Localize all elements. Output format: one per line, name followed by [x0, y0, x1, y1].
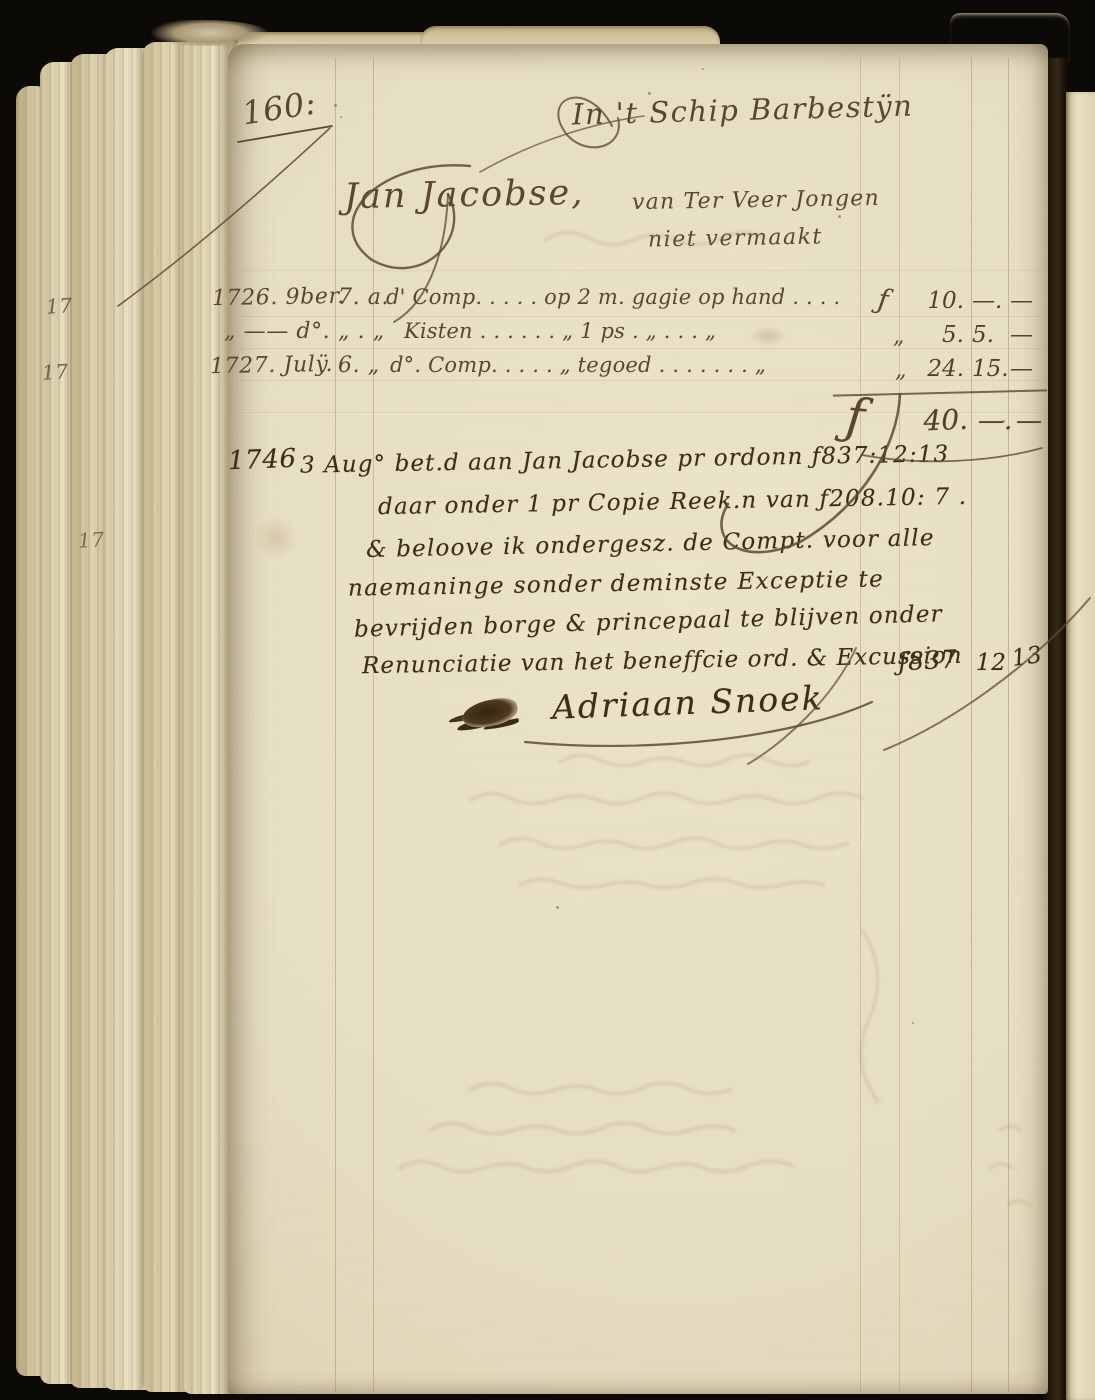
account-holder-note: niet vermaakt [648, 226, 823, 251]
entry-description: Kisten . . . . . . „ 1 ps . „ . . . „ [404, 321, 716, 342]
entry-date: 1727. Julÿ. [210, 354, 333, 378]
account-holder-name: Jan Jacobse, [344, 176, 585, 215]
margin-fragment: 17 [45, 295, 73, 317]
ink-speck [334, 104, 337, 107]
ink-speck [838, 215, 841, 218]
ruling-money-stuivers [971, 58, 972, 1392]
ink-speck [912, 1022, 914, 1024]
ruling-row-line [240, 270, 1044, 271]
ink-speck [340, 116, 342, 118]
settlement-amount-penningen: 13 [1011, 644, 1044, 671]
ruling-left-column-1 [335, 58, 336, 1392]
entry-date: 1726. 9ber. [212, 286, 345, 310]
entry-description: d°. Comp. . . . . „ tegoed . . . . . . .… [390, 355, 766, 376]
margin-fragment: 17 [41, 361, 69, 383]
entry-penningen: — [1010, 356, 1033, 382]
settlement-amount: ƒ837 [897, 646, 958, 674]
entry-guilders: 10. [902, 288, 964, 314]
entry-penningen: — [1010, 322, 1033, 348]
paper-stain [246, 508, 306, 568]
ruling-money-florin [860, 58, 861, 1392]
ruling-row-line [240, 316, 1044, 317]
total-stuivers: —. [978, 406, 1012, 436]
entry-date: „ —— d°. [224, 321, 330, 343]
ink-speck [702, 68, 704, 70]
entry-stuivers: —. [972, 288, 1002, 314]
entry-day: „ . „ [338, 321, 385, 343]
manuscript-scan: 160: In 't Schip Barbestÿn Jan Jacobse, … [0, 0, 1095, 1400]
settlement-amount-stuivers: 12 [976, 652, 1006, 675]
entry-description: d' Comp. . . . . op 2 m. gagie op hand .… [386, 287, 840, 308]
ink-speck [666, 104, 668, 106]
settlement-year: 1746 [228, 446, 297, 474]
entry-penningen: — [1010, 288, 1033, 314]
ruling-left-column-2 [373, 58, 374, 1392]
ink-speck [648, 92, 651, 95]
total-guilders: 40. [897, 403, 968, 438]
ink-speck [556, 906, 559, 909]
ruling-money-guilders [899, 58, 900, 1392]
entry-stuivers: 5. [972, 322, 994, 348]
total-penningen: — [1016, 406, 1042, 436]
ink-speck [1002, 420, 1005, 423]
signature: Adriaan Snoek [552, 681, 825, 723]
entry-stuivers: 15. [972, 356, 1009, 382]
paper-stain [742, 322, 794, 350]
entry-day: 7. a. [338, 287, 389, 309]
account-holder-origin: van Ter Veer Jongen [632, 188, 880, 214]
facing-page-sliver [1066, 92, 1095, 1400]
ruling-row-line [240, 348, 1044, 349]
ruling-money-penningen [1008, 58, 1009, 1392]
torn-paper-fuzz [150, 20, 270, 46]
entry-guilders: 24. [902, 356, 964, 382]
entry-guilders: 5. [902, 322, 964, 348]
page-header-ship-title: In 't Schip Barbestÿn [572, 92, 914, 130]
margin-fragment: 17 [77, 529, 105, 551]
entry-day: 6. „ [338, 355, 380, 377]
